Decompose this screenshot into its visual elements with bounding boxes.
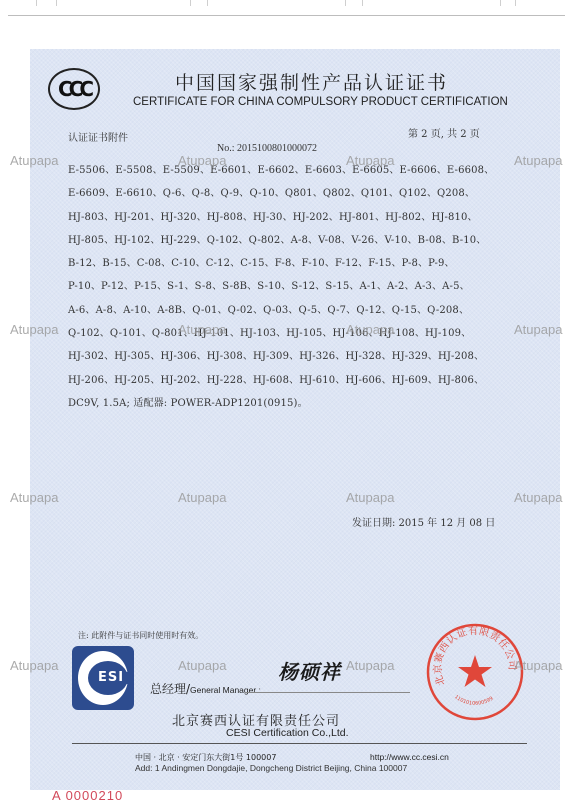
validity-note: 注: 此附件与证书同时使用时有效。 <box>78 630 203 641</box>
website-link[interactable]: http://www.cc.cesi.cn <box>370 752 449 762</box>
footer-divider <box>72 743 527 744</box>
edge-mark <box>190 0 191 6</box>
watermark: Atupapa <box>10 322 58 337</box>
watermark: Atupapa <box>514 322 562 337</box>
watermark: Atupapa <box>178 658 226 673</box>
general-manager-label: 总经理/General Manager : <box>150 680 261 697</box>
watermark: Atupapa <box>178 490 226 505</box>
model-line: HJ-805、HJ-102、HJ-229、Q-102、Q-802、A-8、V-0… <box>68 234 548 257</box>
edge-mark <box>515 0 516 6</box>
model-line: HJ-206、HJ-205、HJ-202、HJ-228、HJ-608、HJ-61… <box>68 374 548 397</box>
model-line: Q-102、Q-101、Q-801、HJ-101、HJ-103、HJ-105、H… <box>68 327 548 350</box>
edge-mark <box>56 0 57 6</box>
watermark: Atupapa <box>346 322 394 337</box>
signature: 杨硕祥 <box>278 656 341 685</box>
edge-mark <box>36 0 37 6</box>
title-english: CERTIFICATE FOR CHINA COMPULSORY PRODUCT… <box>133 96 508 108</box>
watermark: Atupapa <box>178 322 226 337</box>
cesi-logo-text: ESI <box>98 670 124 685</box>
edge-mark <box>362 0 363 6</box>
edge-mark <box>500 0 501 6</box>
model-line: HJ-803、HJ-201、HJ-320、HJ-808、HJ-30、HJ-202… <box>68 211 548 234</box>
watermark: Atupapa <box>346 153 394 168</box>
address-en: Add: 1 Andingmen Dongdajie, Dongcheng Di… <box>135 763 407 773</box>
model-line: HJ-302、HJ-305、HJ-306、HJ-308、HJ-309、HJ-32… <box>68 350 548 373</box>
model-line: DC9V, 1.5A; 适配器: POWER-ADP1201(0915)。 <box>68 397 548 420</box>
company-seal-icon: 北京赛西认证有限责任公司 1101010600599 <box>425 622 525 722</box>
page-edge-line <box>8 15 565 16</box>
watermark: Atupapa <box>514 658 562 673</box>
issue-date: 发证日期: 2015 年 12 月 08 日 <box>352 514 495 529</box>
gm-label-cn: 总经理/ <box>150 682 190 696</box>
watermark: Atupapa <box>178 153 226 168</box>
annex-label: 认证证书附件 <box>68 129 128 144</box>
page-info: 第 2 页, 共 2 页 <box>408 125 480 140</box>
edge-mark <box>345 0 346 6</box>
watermark: Atupapa <box>514 490 562 505</box>
watermark: Atupapa <box>10 490 58 505</box>
model-list: E-5506、E-5508、E-5509、E-6601、E-6602、E-660… <box>68 164 548 420</box>
ccc-logo-icon: CCC <box>48 68 100 110</box>
model-line: A-6、A-8、A-10、A-8B、Q-01、Q-02、Q-03、Q-5、Q-7… <box>68 304 548 327</box>
watermark: Atupapa <box>10 153 58 168</box>
watermark: Atupapa <box>10 658 58 673</box>
watermark: Atupapa <box>514 153 562 168</box>
model-line: B-12、B-15、C-08、C-10、C-12、C-15、F-8、F-10、F… <box>68 257 548 280</box>
certificate-number: No.: 2015100801000072 <box>217 143 317 154</box>
watermark: Atupapa <box>346 490 394 505</box>
model-line: E-5506、E-5508、E-5509、E-6601、E-6602、E-660… <box>68 164 548 187</box>
watermark: Atupapa <box>346 658 394 673</box>
model-line: P-10、P-12、P-15、S-1、S-8、S-8B、S-10、S-12、S-… <box>68 280 548 303</box>
signature-line <box>245 692 410 693</box>
company-name-en: CESI Certification Co.,Ltd. <box>226 727 349 739</box>
gm-label-en: General Manager : <box>190 685 261 695</box>
address-cn: 中国 · 北京 · 安定门东大街1号 100007 <box>135 752 276 763</box>
ccc-logo-text: CCC <box>58 77 90 101</box>
edge-mark <box>207 0 208 6</box>
cesi-logo-icon: ESI <box>72 646 134 710</box>
serial-number: A 0000210 <box>52 788 123 800</box>
title-chinese: 中国国家强制性产品认证证书 <box>175 68 448 95</box>
svg-text:1101010600599: 1101010600599 <box>453 694 494 707</box>
model-line: E-6609、E-6610、Q-6、Q-8、Q-9、Q-10、Q801、Q802… <box>68 187 548 210</box>
